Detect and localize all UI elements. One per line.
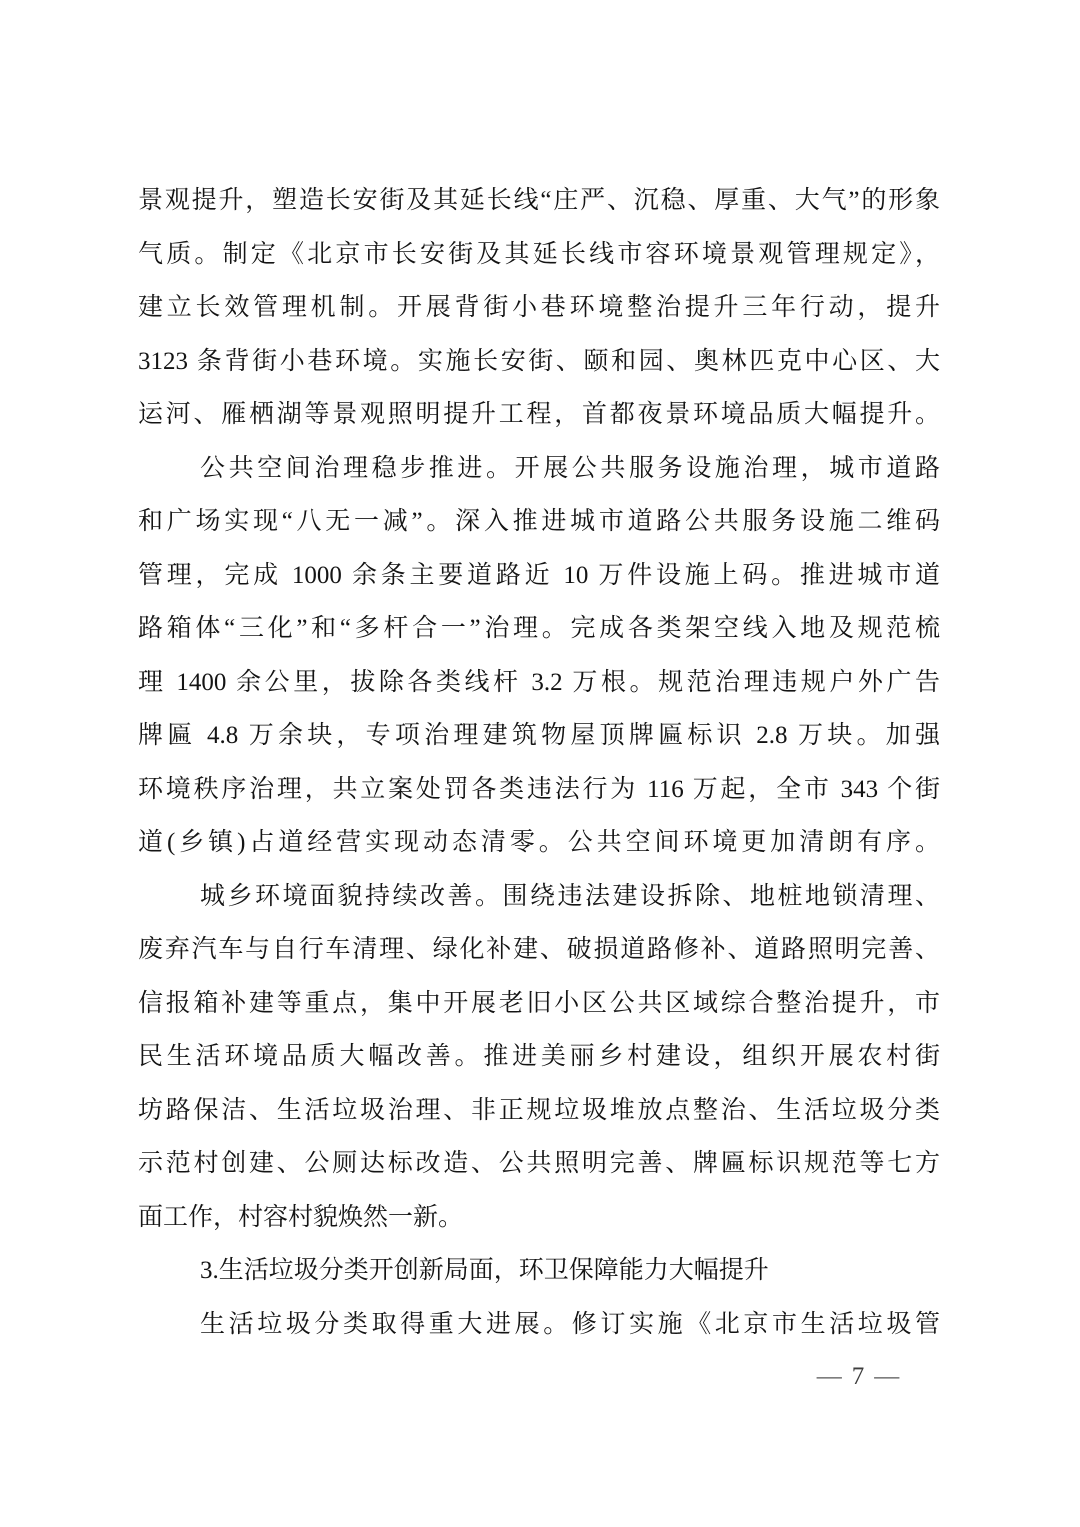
- page-number-dash-left: —: [807, 1363, 852, 1390]
- body-text-line: 信报箱补建等重点，集中开展老旧小区公共区域综合整治提升，市: [138, 977, 940, 1031]
- body-text-line: 牌匾 4.8 万余块，专项治理建筑物屋顶牌匾标识 2.8 万块。加强: [138, 709, 940, 763]
- body-text-line: 坊路保洁、生活垃圾治理、非正规垃圾堆放点整治、生活垃圾分类: [138, 1084, 940, 1138]
- section-heading: 3.生活垃圾分类开创新局面，环卫保障能力大幅提升: [138, 1244, 940, 1298]
- body-text-line: 路箱体“三化”和“多杆合一”治理。完成各类架空线入地及规范梳: [138, 602, 940, 656]
- paragraph-first-line: 公共空间治理稳步推进。开展公共服务设施治理，城市道路: [138, 442, 940, 496]
- page-number-value: 7: [852, 1363, 865, 1390]
- document-page: 景观提升，塑造长安街及其延长线“庄严、沉稳、厚重、大气”的形象 气质。制定《北京…: [0, 0, 1080, 1527]
- page-number: —7—: [796, 1357, 920, 1397]
- body-text-line: 气质。制定《北京市长安街及其延长线市容环境景观管理规定》，: [138, 228, 940, 282]
- paragraph-last-line: 面工作，村容村貌焕然一新。: [138, 1191, 940, 1245]
- body-text-line: 示范村创建、公厕达标改造、公共照明完善、牌匾标识规范等七方: [138, 1137, 940, 1191]
- body-text-line: 管理，完成 1000 余条主要道路近 10 万件设施上码。推进城市道: [138, 549, 940, 603]
- body-text-line: 道(乡镇)占道经营实现动态清零。公共空间环境更加清朗有序。: [138, 816, 940, 870]
- body-text-line: 景观提升，塑造长安街及其延长线“庄严、沉稳、厚重、大气”的形象: [138, 174, 940, 228]
- body-text-line: 环境秩序治理，共立案处罚各类违法行为 116 万起，全市 343 个街: [138, 763, 940, 817]
- body-text-line: 和广场实现“八无一减”。深入推进城市道路公共服务设施二维码: [138, 495, 940, 549]
- paragraph-first-line: 城乡环境面貌持续改善。围绕违法建设拆除、地桩地锁清理、: [138, 870, 940, 924]
- body-text-line: 民生活环境品质大幅改善。推进美丽乡村建设，组织开展农村街: [138, 1030, 940, 1084]
- body-text-line: 理 1400 余公里，拔除各类线杆 3.2 万根。规范治理违规户外广告: [138, 656, 940, 710]
- body-text-line: 建立长效管理机制。开展背街小巷环境整治提升三年行动，提升: [138, 281, 940, 335]
- body-text-line: 废弃汽车与自行车清理、绿化补建、破损道路修补、道路照明完善、: [138, 923, 940, 977]
- page-number-dash-right: —: [864, 1363, 909, 1390]
- body-text-line: 运河、雁栖湖等景观照明提升工程，首都夜景环境品质大幅提升。: [138, 388, 940, 442]
- body-text-line: 3123 条背街小巷环境。实施长安街、颐和园、奥林匹克中心区、大: [138, 335, 940, 389]
- paragraph-first-line: 生活垃圾分类取得重大进展。修订实施《北京市生活垃圾管: [138, 1298, 940, 1352]
- document-body: 景观提升，塑造长安街及其延长线“庄严、沉稳、厚重、大气”的形象 气质。制定《北京…: [138, 174, 940, 1351]
